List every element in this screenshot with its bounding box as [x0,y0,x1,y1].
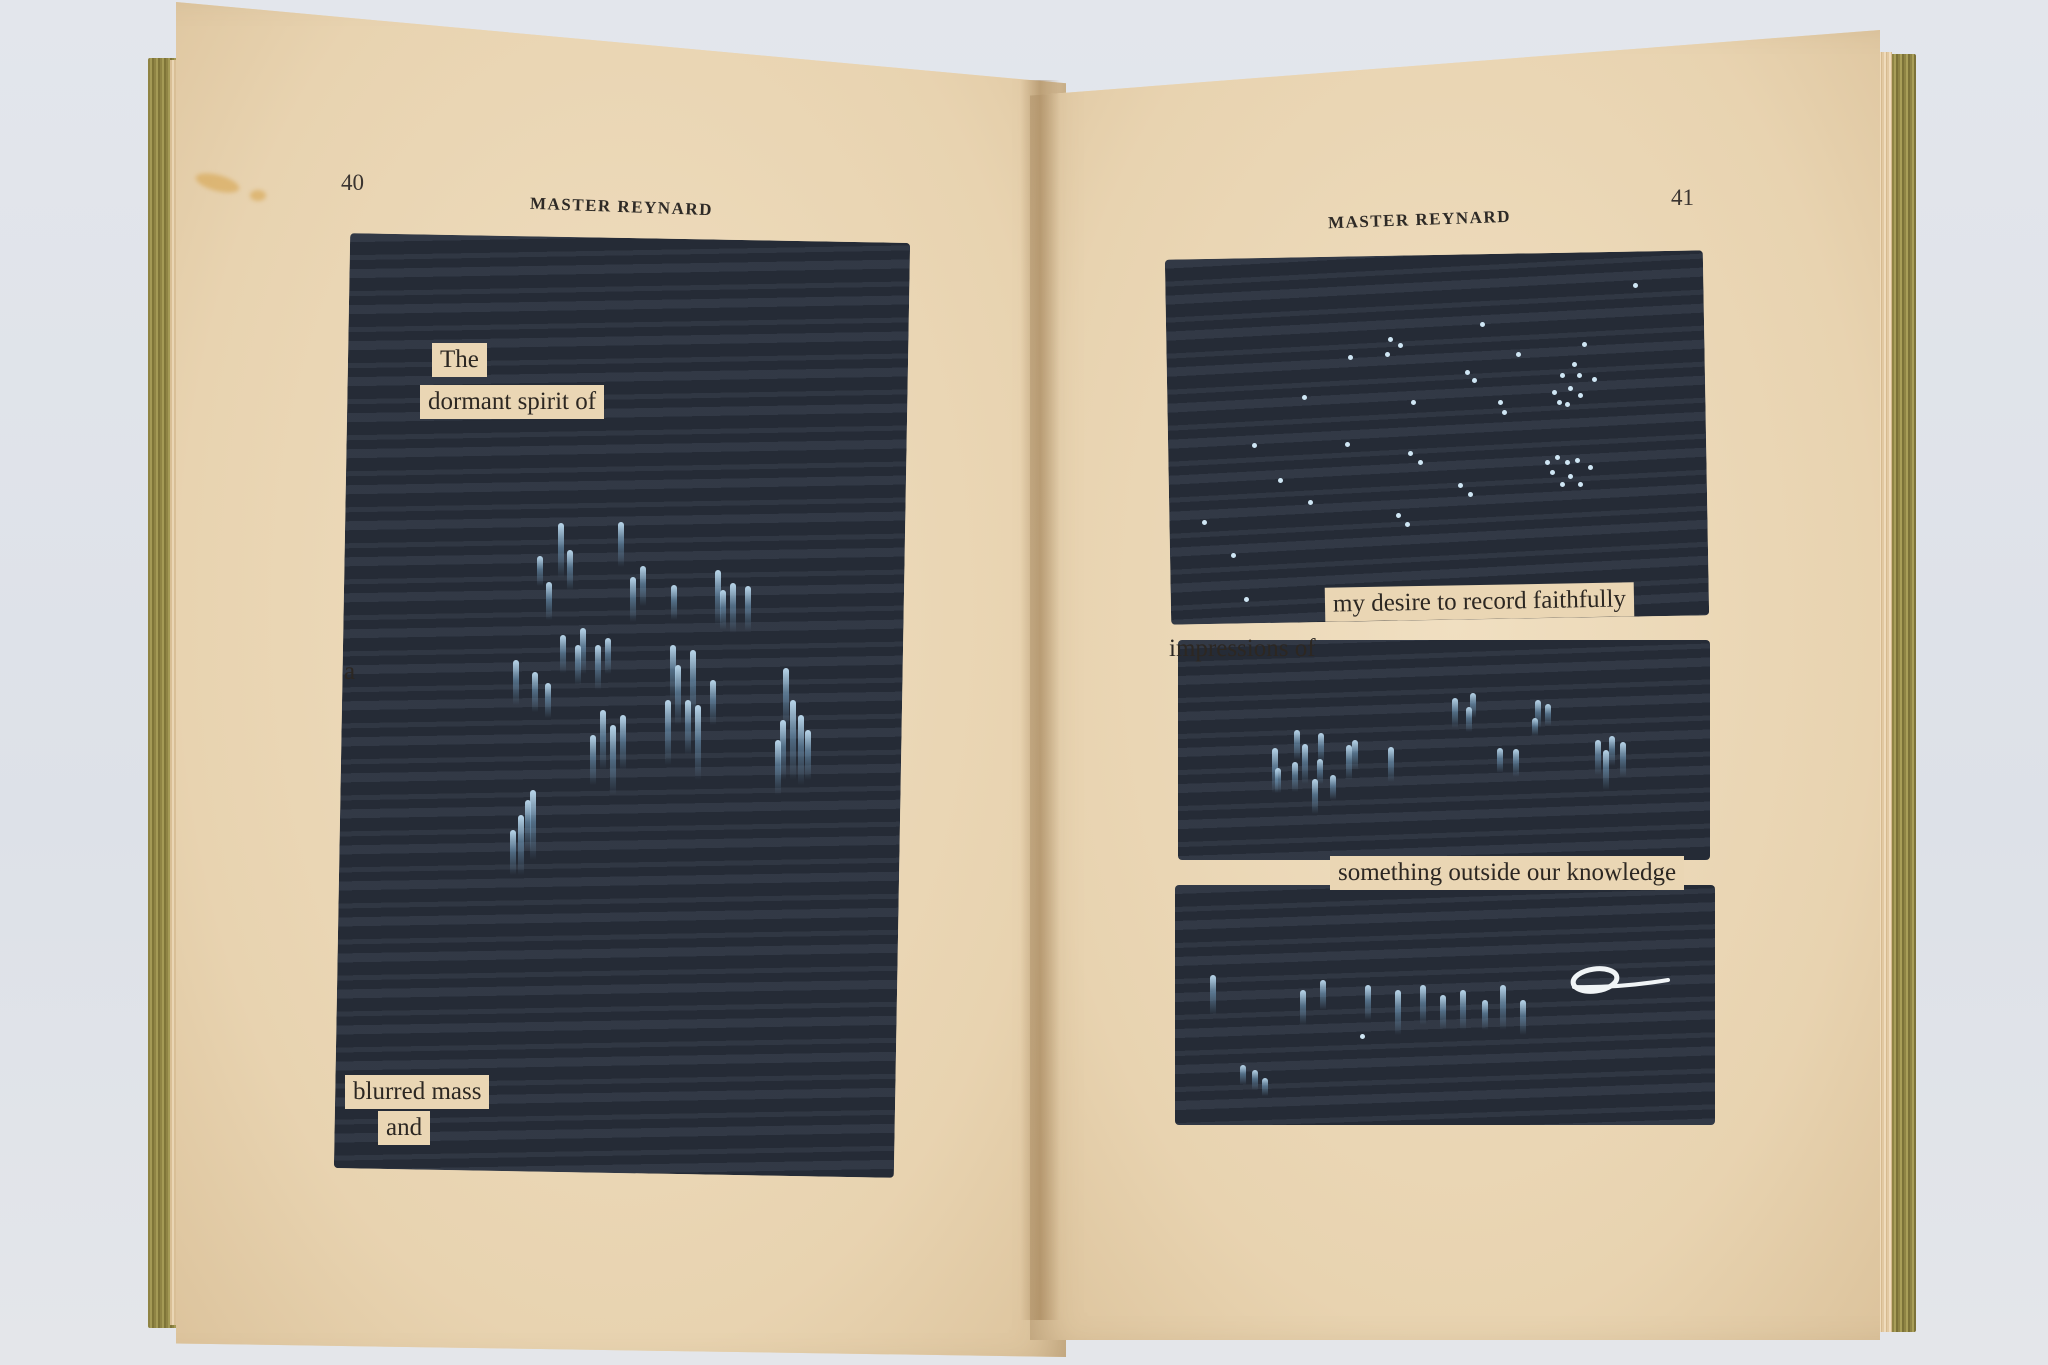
kept-phrase-my-desire: my desire to record faithfully [1325,582,1635,621]
kept-phrase-something-outside: something outside our knowledge [1330,856,1684,890]
comet-drawing [1560,960,1670,1000]
page-number-left: 40 [341,170,364,196]
kept-phrase-dormant-spirit: dormant spirit of [420,385,604,419]
blackout-block-right-middle [1178,640,1710,860]
blackout-block-left [334,233,910,1178]
paper-stain [250,190,266,201]
book-gutter [1020,80,1060,1320]
blackout-block-right-top [1165,250,1709,624]
kept-word-the: The [432,343,487,377]
kept-word-and: and [378,1111,430,1145]
page-number-right: 41 [1671,185,1694,211]
kept-phrase-blurred-mass: blurred mass [345,1075,489,1109]
kept-word-a: a [336,655,365,689]
kept-phrase-impressions-of: impressions of [1165,632,1320,666]
